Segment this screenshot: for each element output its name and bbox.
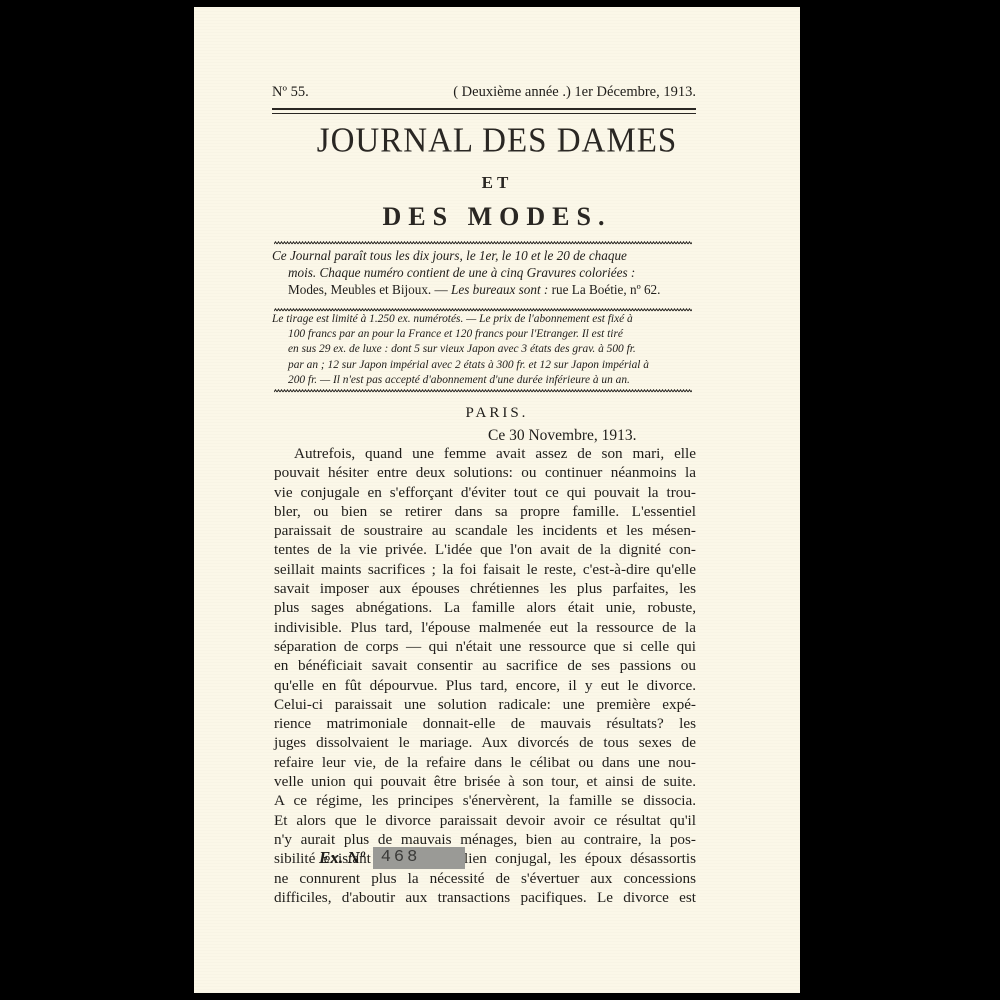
- body-line: refaire leur vie, de la refaire dans le …: [274, 753, 696, 772]
- body-line: paraissait de soustraire au scandale les…: [274, 521, 696, 540]
- notice-text-italic: Les bureaux sont :: [451, 282, 552, 297]
- ornamental-divider: [274, 241, 692, 245]
- journal-title-conjunction: ET: [194, 173, 800, 193]
- notice-line: mois. Chaque numéro contient de une à ci…: [272, 264, 696, 281]
- body-line: Et alors que le divorce paraissait devoi…: [274, 811, 696, 830]
- issue-date-group: ( Deuxième année .) 1er Décembre, 1913.: [453, 84, 696, 101]
- notice-line: Le tirage est limité à 1.250 ex. numérot…: [272, 312, 696, 327]
- masthead-rule-thick: [272, 108, 696, 110]
- body-line: pouvait hésiter entre deux solutions: ou…: [274, 463, 696, 482]
- body-line: ne connurent plus la nécessité de s'éver…: [274, 869, 696, 888]
- body-line: bler, ou bien se retirer dans sa propre …: [274, 502, 696, 521]
- copy-number-label: Ex. Nº: [319, 848, 365, 868]
- issue-number: Nº 55.: [272, 84, 309, 101]
- journal-page: Nº 55. ( Deuxième année .) 1er Décembre,…: [194, 7, 800, 993]
- body-line: juges dissolvaient le mariage. Aux divor…: [274, 733, 696, 752]
- issue-date: 1er Décembre, 1913.: [574, 84, 696, 100]
- notice-line: 200 fr. — Il n'est pas accepté d'abonnem…: [272, 373, 696, 388]
- body-line: velle union qui pouvait être brisée à so…: [274, 772, 696, 791]
- notice-line: 100 francs par an pour la France et 120 …: [272, 327, 696, 342]
- notice-line: Modes, Meubles et Bijoux. — Les bureaux …: [272, 281, 696, 298]
- publication-notice: Ce Journal paraît tous les dix jours, le…: [272, 247, 696, 298]
- body-line: tentes de la vie privée. L'idée que l'on…: [274, 540, 696, 559]
- article-body: Autrefois, quand une femme avait assez d…: [274, 444, 696, 907]
- ornamental-divider: [274, 389, 692, 393]
- notice-text: Modes, Meubles et Bijoux. —: [288, 282, 451, 297]
- body-line: en bénéficiait savait consentir au sacri…: [274, 656, 696, 675]
- copy-number-stamp: 468: [373, 847, 465, 869]
- body-line: seillait maints sacrifices ; la foi fais…: [274, 560, 696, 579]
- body-line: Autrefois, quand une femme avait assez d…: [274, 444, 696, 463]
- body-line: rience matrimoniale donnait-elle de mauv…: [274, 714, 696, 733]
- body-line: indivisible. Plus tard, l'épouse malmené…: [274, 618, 696, 637]
- body-line: qu'elle en fût dépourvue. Plus tard, enc…: [274, 676, 696, 695]
- journal-subtitle: DES MODES.: [194, 202, 800, 232]
- copy-number: Ex. Nº 468: [319, 847, 465, 869]
- article-dateline: Ce 30 Novembre, 1913.: [488, 427, 637, 445]
- masthead-rule-thin: [272, 113, 696, 114]
- notice-address: rue La Boétie, nº 62.: [552, 282, 661, 297]
- body-line: séparation de corps — qui n'était une re…: [274, 637, 696, 656]
- article-place: PARIS.: [194, 405, 800, 422]
- body-line: A ce régime, les principes s'énervèrent,…: [274, 791, 696, 810]
- journal-title: JOURNAL DES DAMES: [194, 122, 800, 161]
- body-line: plus sages abnégations. La famille alors…: [274, 598, 696, 617]
- body-line: Celui-ci paraissait une solution radical…: [274, 695, 696, 714]
- masthead-info-line: Nº 55. ( Deuxième année .) 1er Décembre,…: [272, 84, 696, 101]
- body-line: savait imposer aux épouses chrétiennes l…: [274, 579, 696, 598]
- body-line: vie conjugale en s'efforçant d'éviter to…: [274, 483, 696, 502]
- body-line: difficiles, d'aboutir aux transactions p…: [274, 888, 696, 907]
- notice-line: Ce Journal paraît tous les dix jours, le…: [272, 247, 696, 264]
- subscription-notice: Le tirage est limité à 1.250 ex. numérot…: [272, 312, 696, 388]
- notice-line: en sus 29 ex. de luxe : dont 5 sur vieux…: [272, 342, 696, 357]
- year-label: ( Deuxième année .): [453, 84, 571, 100]
- notice-line: par an ; 12 sur Japon impérial avec 2 ét…: [272, 358, 696, 373]
